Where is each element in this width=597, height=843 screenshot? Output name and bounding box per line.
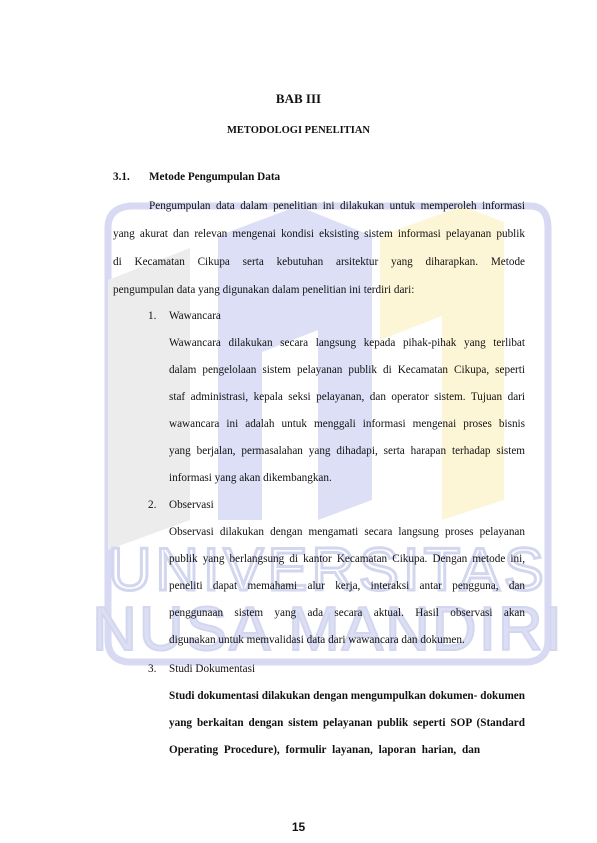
list-item-line: yang berkaitan dengan sistem pelayanan p…: [169, 716, 525, 730]
list-item-line: dalam pengelolaan sistem pelayanan publi…: [169, 363, 525, 377]
intro-line: Pengumpulan data dalam penelitian ini di…: [149, 199, 525, 213]
intro-line: yang akurat dan relevan mengenai kondisi…: [113, 227, 525, 241]
list-item-line: digunakan untuk memvalidasi data dari wa…: [169, 633, 465, 647]
list-item-line: Wawancara dilakukan secara langsung kepa…: [169, 336, 525, 350]
list-number: 3.: [148, 662, 156, 676]
list-item-line: informasi yang akan dikembangkan.: [169, 471, 332, 485]
list-item-line: publik yang berlangsung di kantor Kecama…: [169, 552, 525, 566]
chapter-title: METODOLOGI PENELITIAN: [0, 124, 597, 138]
list-number: 1.: [148, 309, 156, 323]
list-item-line: peneliti dapat memahami alur kerja, inte…: [169, 579, 525, 593]
list-item-line: yang berjalan, permasalahan yang dihadap…: [169, 444, 525, 458]
list-item-line: wawancara ini adalah untuk menggali info…: [169, 417, 525, 431]
list-item-line: Studi dokumentasi dilakukan dengan mengu…: [169, 689, 525, 703]
list-item-line: Observasi dilakukan dengan mengamati sec…: [169, 525, 525, 539]
list-number: 2.: [148, 498, 156, 512]
page-number: 15: [0, 820, 597, 834]
section-number: 3.1.: [113, 170, 130, 184]
list-item-line: Operating Procedure), formulir layanan, …: [169, 743, 480, 757]
intro-line: di Kecamatan Cikupa serta kebutuhan arsi…: [113, 255, 525, 269]
section-title: Metode Pengumpulan Data: [149, 170, 280, 184]
list-item-title: Studi Dokumentasi: [169, 662, 255, 676]
list-item-line: penggunaan sistem yang ada secara aktual…: [169, 606, 525, 620]
intro-line: pengumpulan data yang digunakan dalam pe…: [113, 283, 414, 297]
document-page: BAB III METODOLOGI PENELITIAN 3.1. Metod…: [0, 0, 597, 843]
list-item-line: staf administrasi, kepala seksi pelayana…: [169, 390, 525, 404]
list-item-title: Wawancara: [169, 309, 221, 323]
list-item-title: Observasi: [169, 498, 214, 512]
chapter-label: BAB III: [0, 92, 597, 106]
